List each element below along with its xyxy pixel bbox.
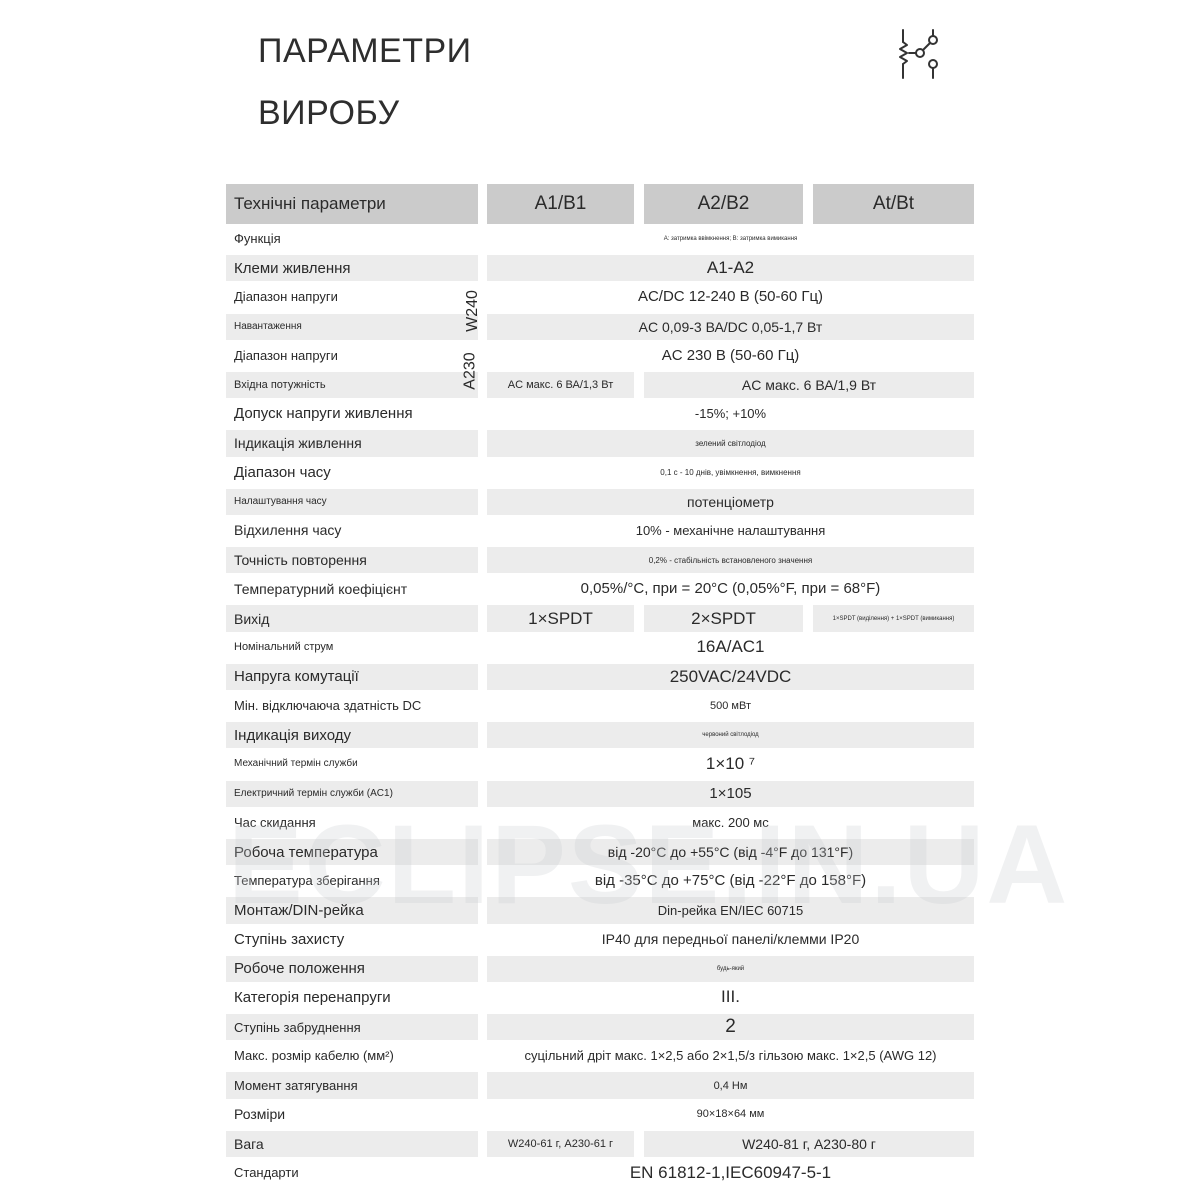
table-row: Діапазон напруги AC/DC 12-240 В (50-60 Г… [226, 282, 974, 311]
table-row: Робоча температура від -20°C до +55°C (в… [226, 837, 974, 866]
row-value: будь-який [487, 956, 974, 982]
row-label: Напруга комутації [226, 664, 478, 690]
table-row: Індикація виходу червоний світлодіод [226, 720, 974, 749]
row-value: 0,05%/°C, при = 20°C (0,05%°F, при = 68°… [487, 574, 974, 603]
row-value-a1b1: W240-61 г, A230-61 г [487, 1131, 634, 1157]
row-label: Діапазон часу [226, 458, 478, 487]
row-label: Вага [226, 1131, 478, 1157]
row-label: Допуск напруги живлення [226, 399, 478, 428]
row-value: 500 мВт [487, 691, 974, 720]
row-label: Ступінь захисту [226, 925, 478, 954]
row-value: макс. 200 мс [487, 808, 974, 837]
table-row: Точність повторення 0,2% - стабільність … [226, 545, 974, 574]
table-row: Стандарти EN 61812-1,IEC60947-5-1 [226, 1158, 974, 1187]
row-label: Макс. розмір кабелю (мм²) [226, 1041, 478, 1070]
row-value: зелений світлодіод [487, 430, 974, 456]
page-title-line2: ВИРОБУ [258, 94, 400, 133]
row-label: Мін. відключаюча здатність DC [226, 691, 478, 720]
table-row: Робоче положення будь-який [226, 954, 974, 983]
row-label: Стандарти [226, 1158, 478, 1187]
table-row: Час скидання макс. 200 мс [226, 808, 974, 837]
row-value: червоний світлодіод [487, 722, 974, 748]
table-row: Момент затягування 0,4 Нм [226, 1070, 974, 1099]
row-value-atbt: 1×SPDT (виділення) + 1×SPDT (вимикання) [813, 605, 974, 631]
row-value: -15%; +10% [487, 399, 974, 428]
row-label: Налаштування часу [226, 489, 478, 515]
table-row: Вихід 1×SPDT 2×SPDT 1×SPDT (виділення) +… [226, 603, 974, 632]
row-value: 10% - механічне налаштування [487, 516, 974, 545]
row-value: IP40 для передньої панелі/клемми IP20 [487, 925, 974, 954]
row-label: Точність повторення [226, 547, 478, 573]
row-label: Електричний термін служби (AC1) [226, 781, 478, 807]
table-row: Температурний коефіцієнт 0,05%/°C, при =… [226, 574, 974, 603]
row-value: від -20°C до +55°C (від -4°F до 131°F) [487, 839, 974, 865]
row-value: A1-A2 [487, 255, 974, 281]
row-value-a2b2: 2×SPDT [644, 605, 803, 631]
row-label: Вихід [226, 605, 478, 631]
row-label: Розміри [226, 1100, 478, 1129]
row-value: 0,2% - стабільність встановленого значен… [487, 547, 974, 573]
row-label: Номінальний струм [226, 633, 478, 662]
row-value: потенціометр [487, 489, 974, 515]
table-row: Індикація живлення зелений світлодіод [226, 428, 974, 457]
row-value: 0,1 с - 10 днів, увімкнення, вимкнення [487, 458, 974, 487]
table-row: Вага W240-61 г, A230-61 г W240-81 г, A23… [226, 1129, 974, 1158]
group-label-w240: W240 [464, 290, 482, 332]
row-label: Механічний термін служби [226, 749, 478, 778]
row-label: Індикація живлення [226, 430, 478, 456]
table-row: Макс. розмір кабелю (мм²) суцільний дріт… [226, 1041, 974, 1070]
column-header-a2b2: A2/B2 [644, 184, 803, 224]
table-row: Діапазон часу 0,1 с - 10 днів, увімкненн… [226, 458, 974, 487]
table-row: Допуск напруги живлення -15%; +10% [226, 399, 974, 428]
row-value: A: затримка ввімкнення; B: затримка вими… [487, 224, 974, 253]
column-header-atbt: At/Bt [813, 184, 974, 224]
row-label: Відхилення часу [226, 516, 478, 545]
row-value: 1×10 ⁷ [487, 749, 974, 778]
row-value: 2 [487, 1014, 974, 1040]
row-value-a2b2-atbt: W240-81 г, A230-80 г [644, 1131, 974, 1157]
table-row: Налаштування часу потенціометр [226, 487, 974, 516]
row-value: AC/DC 12-240 В (50-60 Гц) [487, 282, 974, 311]
table-row: Напруга комутації 250VAC/24VDC [226, 662, 974, 691]
row-label: Вхідна потужність [226, 372, 478, 398]
row-label: Температурний коефіцієнт [226, 574, 478, 603]
table-row: Функція A: затримка ввімкнення; B: затри… [226, 224, 974, 253]
row-value: 250VAC/24VDC [487, 664, 974, 690]
row-value: від -35°C до +75°C (від -22°F до 158°F) [487, 866, 974, 895]
row-label: Монтаж/DIN-рейка [226, 897, 478, 923]
table-row: Клеми живлення A1-A2 [226, 253, 974, 282]
table-row: Відхилення часу 10% - механічне налаштув… [226, 516, 974, 545]
column-header-a1b1: A1/B1 [487, 184, 634, 224]
row-label: Робоче положення [226, 956, 478, 982]
row-value: III. [487, 983, 974, 1012]
row-value: 0,4 Нм [487, 1072, 974, 1098]
column-header-parameters: Технічні параметри [226, 184, 478, 224]
row-label: Ступінь забруднення [226, 1014, 478, 1040]
table-row: Розміри 90×18×64 мм [226, 1100, 974, 1129]
table-row: Мін. відключаюча здатність DC 500 мВт [226, 691, 974, 720]
table-row: Навантаження AC 0,09-3 ВА/DC 0,05-1,7 Вт [226, 312, 974, 341]
table-header: Технічні параметри A1/B1 A2/B2 At/Bt [226, 184, 974, 224]
row-label: Робоча температура [226, 839, 478, 865]
row-value: 1×105 [487, 781, 974, 807]
row-label: Категорія перенапруги [226, 983, 478, 1012]
table-row: Ступінь захисту IP40 для передньої панел… [226, 925, 974, 954]
row-value: суцільний дріт макс. 1×2,5 або 2×1,5/з г… [487, 1041, 974, 1070]
table-row: Механічний термін служби 1×10 ⁷ [226, 749, 974, 778]
page-title-line1: ПАРАМЕТРИ [258, 32, 472, 71]
row-label: Діапазон напруги [226, 282, 478, 311]
table-row: Ступінь забруднення 2 [226, 1012, 974, 1041]
table-row: Номінальний струм 16A/AC1 [226, 633, 974, 662]
table-row: Діапазон напруги AC 230 В (50-60 Гц) [226, 341, 974, 370]
row-label: Навантаження [226, 314, 478, 340]
specs-table: Технічні параметри A1/B1 A2/B2 At/Bt Фун… [226, 184, 974, 1187]
group-label-a230: A230 [462, 352, 480, 389]
row-label: Момент затягування [226, 1072, 478, 1098]
row-label: Температура зберігання [226, 866, 478, 895]
table-row: Монтаж/DIN-рейка Din-рейка EN/IEC 60715 [226, 895, 974, 924]
row-value: AC 230 В (50-60 Гц) [487, 341, 974, 370]
row-label: Клеми живлення [226, 255, 478, 281]
table-row: Вхідна потужність AC макс. 6 ВА/1,3 Вт A… [226, 370, 974, 399]
table-row: Категорія перенапруги III. [226, 983, 974, 1012]
relay-timer-contact-icon [893, 28, 943, 80]
row-value: AC 0,09-3 ВА/DC 0,05-1,7 Вт [487, 314, 974, 340]
row-label: Час скидання [226, 808, 478, 837]
row-value-a1b1: 1×SPDT [487, 605, 634, 631]
row-value-a1b1: AC макс. 6 ВА/1,3 Вт [487, 372, 634, 398]
row-label: Діапазон напруги [226, 341, 478, 370]
table-row: Електричний термін служби (AC1) 1×105 [226, 779, 974, 808]
row-value: Din-рейка EN/IEC 60715 [487, 897, 974, 923]
table-row: Температура зберігання від -35°C до +75°… [226, 866, 974, 895]
row-label: Індикація виходу [226, 722, 478, 748]
row-value: 16A/AC1 [487, 633, 974, 662]
row-label: Функція [226, 224, 478, 253]
row-value: 90×18×64 мм [487, 1100, 974, 1129]
row-value-a2b2-atbt: AC макс. 6 ВА/1,9 Вт [644, 372, 974, 398]
row-value: EN 61812-1,IEC60947-5-1 [487, 1158, 974, 1187]
